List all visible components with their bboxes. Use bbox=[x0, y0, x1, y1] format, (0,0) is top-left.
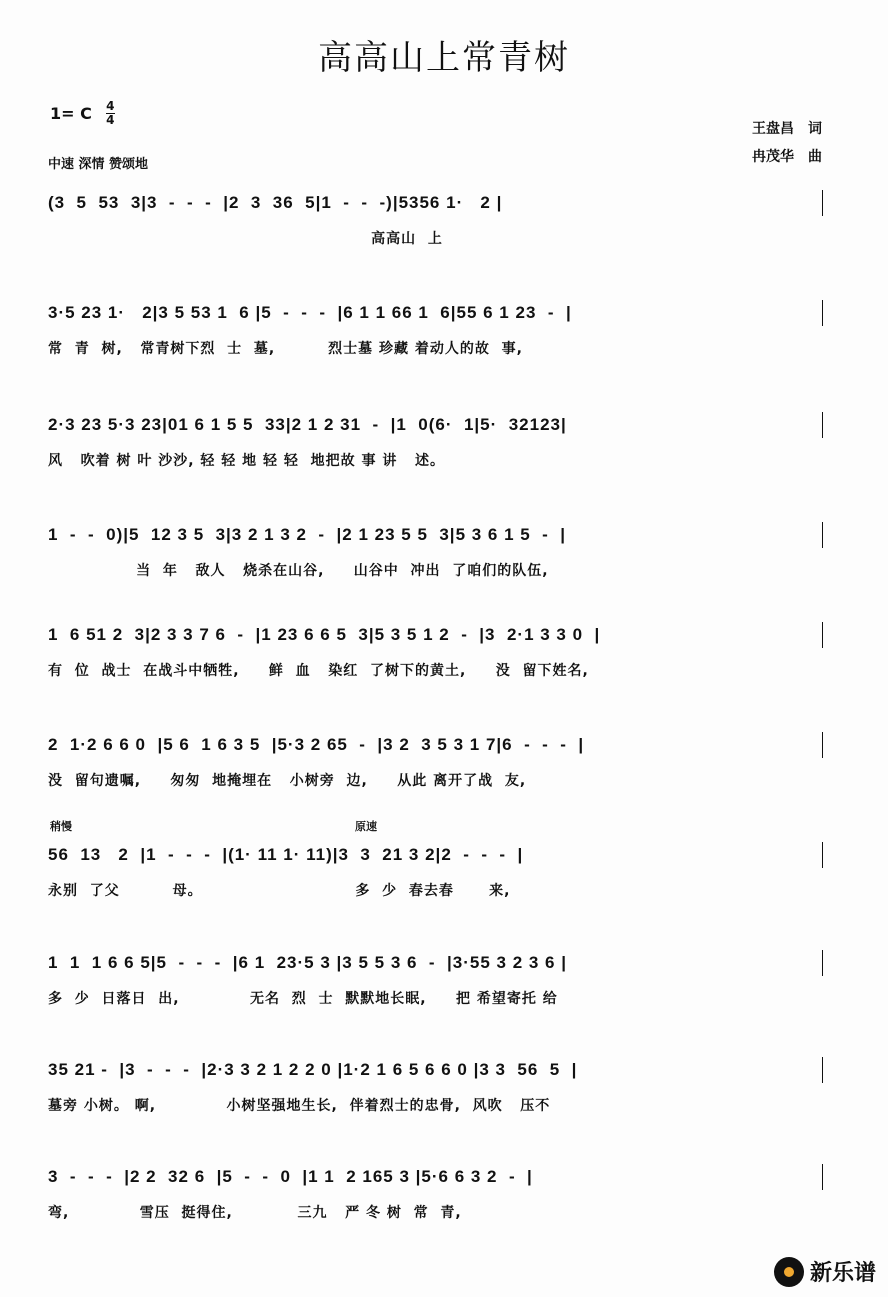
lyrics-line: 高高山 上 bbox=[48, 228, 848, 248]
lyrics-line: 永别 了父 母。 多 少 春去春 来, bbox=[48, 880, 848, 900]
tempo-marking: 中速 深情 赞颂地 bbox=[48, 153, 148, 172]
barline bbox=[822, 842, 823, 868]
key-signature: 1= C 4 4 bbox=[50, 100, 115, 127]
lyrics-line: 没 留句遗嘱, 匆匆 地掩埋在 小树旁 边, 从此 离开了战 友, bbox=[48, 770, 848, 790]
lyricist-role: 词 bbox=[808, 121, 822, 137]
lyrics-line: 有 位 战士 在战斗中牺牲, 鲜 血 染红 了树下的黄土, 没 留下姓名, bbox=[48, 660, 848, 680]
time-top: 4 bbox=[106, 100, 114, 113]
barline bbox=[822, 300, 823, 326]
notes-line: 2 1·2 6 6 0 |5 6 1 6 3 5 |5·3 2 65 - |3 … bbox=[48, 730, 848, 760]
notes-line: 56 13 2 |1 - - - |(1· 11 1· 11)|3 3 21 3… bbox=[48, 840, 848, 870]
notes-line: 3·5 23 1· 2|3 5 53 1 6 |5 - - - |6 1 1 6… bbox=[48, 298, 848, 328]
lyrics-line: 当 年 敌人 烧杀在山谷, 山谷中 冲出 了咱们的队伍, bbox=[48, 560, 848, 580]
composer-role: 曲 bbox=[808, 149, 822, 165]
time-bottom: 4 bbox=[106, 114, 114, 127]
notes-line: 35 21 - |3 - - - |2·3 3 2 1 2 2 0 |1·2 1… bbox=[48, 1055, 848, 1085]
barline bbox=[822, 190, 823, 216]
notes-line: (3 5 53 3|3 - - - |2 3 36 5|1 - - -)|535… bbox=[48, 188, 848, 218]
time-signature: 4 4 bbox=[106, 100, 115, 127]
lyrics-line: 多 少 日落日 出, 无名 烈 士 默默地长眠, 把 希望寄托 给 bbox=[48, 988, 848, 1008]
notes-line: 3 - - - |2 2 32 6 |5 - - 0 |1 1 2 165 3 … bbox=[48, 1162, 848, 1192]
barline bbox=[822, 732, 823, 758]
barline bbox=[822, 412, 823, 438]
notes-line: 2·3 23 5·3 23|01 6 1 5 5 33|2 1 2 31 - |… bbox=[48, 410, 848, 440]
lyricist-name: 王盘昌 bbox=[752, 121, 794, 137]
lyrics-line: 风 吹着 树 叶 沙沙, 轻 轻 地 轻 轻 地把故 事 讲 述。 bbox=[48, 450, 848, 470]
logo-text: 新乐谱 bbox=[810, 1256, 876, 1287]
credits: 王盘昌词 冉茂华曲 bbox=[752, 115, 822, 171]
lyrics-line: 墓旁 小树。 啊, 小树坚强地生长, 伴着烈士的忠骨, 风吹 压不 bbox=[48, 1095, 848, 1115]
barline bbox=[822, 950, 823, 976]
barline bbox=[822, 622, 823, 648]
notes-line: 1 6 51 2 3|2 3 3 7 6 - |1 23 6 6 5 3|5 3… bbox=[48, 620, 848, 650]
barline bbox=[822, 1057, 823, 1083]
composer: 冉茂华曲 bbox=[752, 143, 822, 171]
barline bbox=[822, 522, 823, 548]
lyrics-line: 常 青 树, 常青树下烈 士 墓, 烈士墓 珍藏 着动人的故 事, bbox=[48, 338, 848, 358]
vinyl-record-icon bbox=[774, 1257, 804, 1287]
site-logo: 新乐谱 bbox=[774, 1256, 876, 1287]
notes-line: 1 1 1 6 6 5|5 - - - |6 1 23·5 3 |3 5 5 3… bbox=[48, 948, 848, 978]
lyricist: 王盘昌词 bbox=[752, 115, 822, 143]
notes-line: 1 - - 0)|5 12 3 5 3|3 2 1 3 2 - |2 1 23 … bbox=[48, 520, 848, 550]
key-label: 1= C bbox=[50, 104, 92, 123]
tempo-change-mark: 稍慢 bbox=[50, 818, 72, 834]
barline bbox=[822, 1164, 823, 1190]
composer-name: 冉茂华 bbox=[752, 149, 794, 165]
song-title: 高高山上常青树 bbox=[0, 30, 888, 79]
tempo-change-mark: 原速 bbox=[355, 818, 377, 834]
lyrics-line: 弯, 雪压 挺得住, 三九 严 冬 树 常 青, bbox=[48, 1202, 848, 1222]
